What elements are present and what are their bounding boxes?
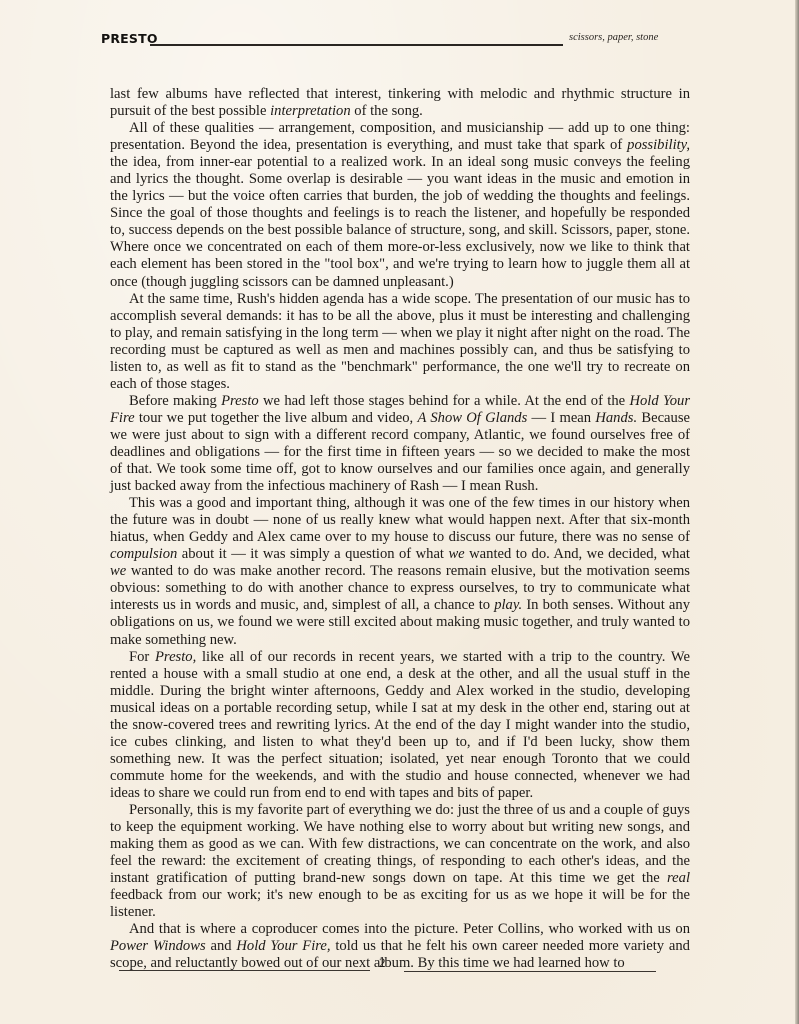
document-page: PRESTO scissors, paper, stone last few a…	[0, 0, 799, 1024]
paragraph: For Presto, like all of our records in r…	[110, 649, 690, 802]
text-run: wanted to do. And, we decided, what	[465, 546, 690, 562]
text-run: of the song.	[351, 103, 423, 119]
italic-text: A Show Of Glands	[417, 410, 527, 426]
paragraph: This was a good and important thing, alt…	[110, 495, 690, 648]
page-edge-shadow	[795, 0, 799, 1024]
paragraph: All of these qualities — arrangement, co…	[110, 120, 690, 290]
footer-rule-right	[404, 971, 656, 972]
italic-text: play.	[494, 597, 522, 613]
running-header: PRESTO scissors, paper, stone	[101, 31, 701, 51]
body-text: last few albums have reflected that inte…	[110, 86, 690, 972]
italic-text: Presto,	[155, 649, 196, 665]
text-run: And that is where a coproducer comes int…	[129, 921, 690, 937]
text-run: tour we put together the live album and …	[135, 410, 418, 426]
text-run: — I mean	[527, 410, 595, 426]
text-run: like all of our records in recent years,…	[110, 649, 690, 801]
text-run: At the same time, Rush's hidden agenda h…	[110, 291, 690, 392]
italic-text: Hands.	[595, 410, 637, 426]
italic-text: Hold Your Fire,	[236, 938, 330, 954]
text-run: we had left those stages behind for a wh…	[259, 393, 630, 409]
text-run: the idea, from inner-ear potential to a …	[110, 154, 690, 289]
header-subtitle: scissors, paper, stone	[569, 32, 658, 43]
text-run: feedback from our work; it's new enough …	[110, 887, 690, 920]
italic-text: real	[667, 870, 690, 886]
paragraph: Before making Presto we had left those s…	[110, 393, 690, 495]
text-run: and	[206, 938, 237, 954]
page-footer: 2	[110, 955, 660, 977]
italic-text: compulsion	[110, 546, 177, 562]
text-run: about it — it was simply a question of w…	[177, 546, 448, 562]
paragraph: Personally, this is my favorite part of …	[110, 802, 690, 921]
text-run: Before making	[129, 393, 221, 409]
paragraph: last few albums have reflected that inte…	[110, 86, 690, 120]
header-rule	[150, 44, 563, 46]
italic-text: Presto	[221, 393, 259, 409]
text-run: All of these qualities — arrangement, co…	[110, 120, 690, 153]
paragraph: At the same time, Rush's hidden agenda h…	[110, 291, 690, 393]
page-number: 2	[379, 955, 386, 971]
italic-text: Power Windows	[110, 938, 206, 954]
text-run: Personally, this is my favorite part of …	[110, 802, 690, 886]
italic-text: possibility,	[627, 137, 690, 153]
italic-text: interpretation	[270, 103, 351, 119]
italic-text: we	[448, 546, 464, 562]
text-run: For	[129, 649, 155, 665]
footer-rule-left	[119, 970, 370, 971]
text-run: This was a good and important thing, alt…	[110, 495, 690, 545]
italic-text: we	[110, 563, 126, 579]
